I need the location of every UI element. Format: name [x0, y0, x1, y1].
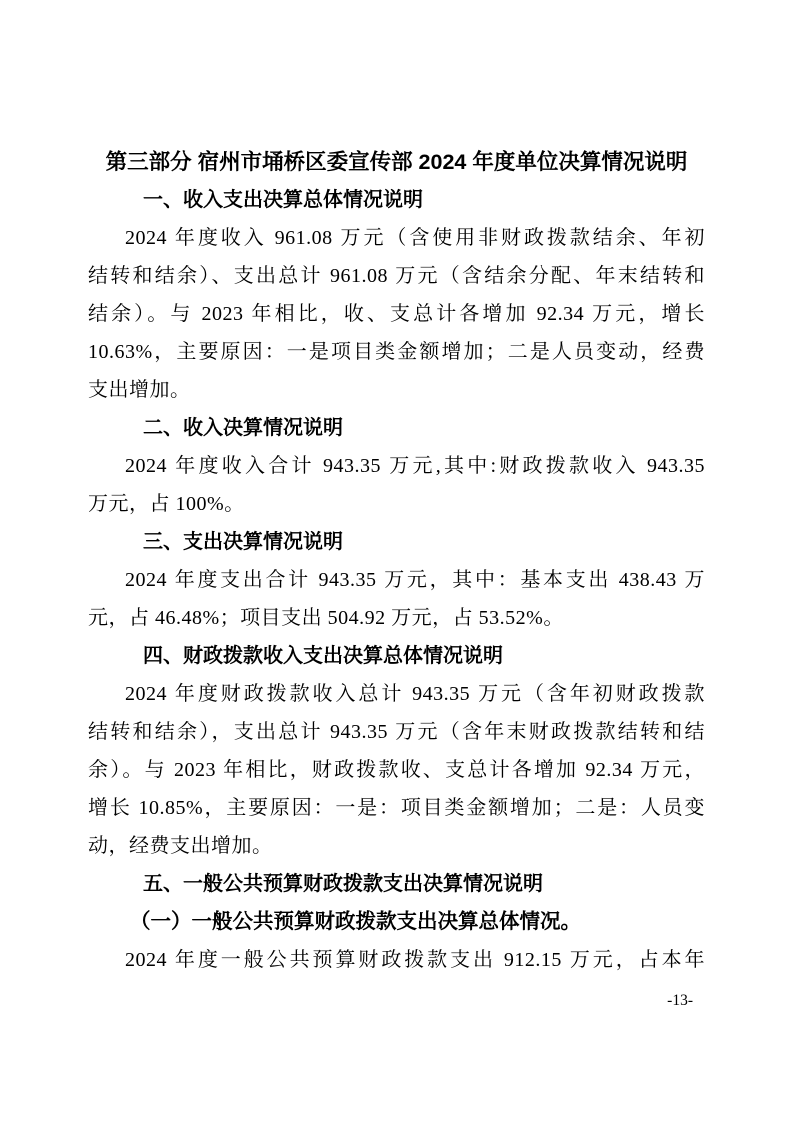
- section-income-expenditure-overview: 一、收入支出决算总体情况说明 2024 年度收入 961.08 万元（含使用非财…: [88, 181, 705, 409]
- section-heading: 四、财政拨款收入支出决算总体情况说明: [88, 637, 705, 675]
- paragraph-line: 结转和结余）、支出总计 961.08 万元（含结余分配、年末结转和: [88, 257, 705, 295]
- page-number: -13-: [667, 992, 693, 1010]
- paragraph-line: 余）。与 2023 年相比，财政拨款收、支总计各增加 92.34 万元，: [88, 751, 705, 789]
- section-fiscal-appropriation-overview: 四、财政拨款收入支出决算总体情况说明 2024 年度财政拨款收入总计 943.3…: [88, 637, 705, 865]
- paragraph-line: 结转和结余），支出总计 943.35 万元（含年末财政拨款结转和结: [88, 713, 705, 751]
- paragraph-line: 2024 年度收入合计 943.35 万元,其中:财政拨款收入 943.35: [88, 447, 705, 485]
- paragraph-line: 元，占 46.48%；项目支出 504.92 万元，占 53.52%。: [88, 599, 705, 637]
- section-heading: 三、支出决算情况说明: [88, 523, 705, 561]
- section-expenditure-statement: 三、支出决算情况说明 2024 年度支出合计 943.35 万元，其中：基本支出…: [88, 523, 705, 637]
- paragraph-line: 10.63%，主要原因：一是项目类金额增加；二是人员变动，经费: [88, 333, 705, 371]
- section-heading: 五、一般公共预算财政拨款支出决算情况说明: [88, 865, 705, 903]
- section-subheading: （一）一般公共预算财政拨款支出决算总体情况。: [88, 903, 705, 941]
- paragraph-line: 万元，占 100%。: [88, 485, 705, 523]
- document-page: 第三部分 宿州市埇桥区委宣传部 2024 年度单位决算情况说明 一、收入支出决算…: [0, 0, 793, 1122]
- paragraph-line: 动，经费支出增加。: [88, 827, 705, 865]
- paragraph-line: 结余）。与 2023 年相比，收、支总计各增加 92.34 万元，增长: [88, 295, 705, 333]
- section-heading: 二、收入决算情况说明: [88, 409, 705, 447]
- section-income-statement: 二、收入决算情况说明 2024 年度收入合计 943.35 万元,其中:财政拨款…: [88, 409, 705, 523]
- section-general-public-budget-expenditure: 五、一般公共预算财政拨款支出决算情况说明 （一）一般公共预算财政拨款支出决算总体…: [88, 865, 705, 979]
- paragraph-line: 2024 年度一般公共预算财政拨款支出 912.15 万元，占本年: [88, 941, 705, 979]
- paragraph-line: 支出增加。: [88, 371, 705, 409]
- section-heading: 一、收入支出决算总体情况说明: [88, 181, 705, 219]
- paragraph-line: 增长 10.85%，主要原因：一是：项目类金额增加；二是：人员变: [88, 789, 705, 827]
- paragraph-line: 2024 年度收入 961.08 万元（含使用非财政拨款结余、年初: [88, 219, 705, 257]
- document-content: 第三部分 宿州市埇桥区委宣传部 2024 年度单位决算情况说明 一、收入支出决算…: [88, 143, 705, 979]
- document-title: 第三部分 宿州市埇桥区委宣传部 2024 年度单位决算情况说明: [88, 143, 705, 181]
- paragraph-line: 2024 年度支出合计 943.35 万元，其中：基本支出 438.43 万: [88, 561, 705, 599]
- paragraph-line: 2024 年度财政拨款收入总计 943.35 万元（含年初财政拨款: [88, 675, 705, 713]
